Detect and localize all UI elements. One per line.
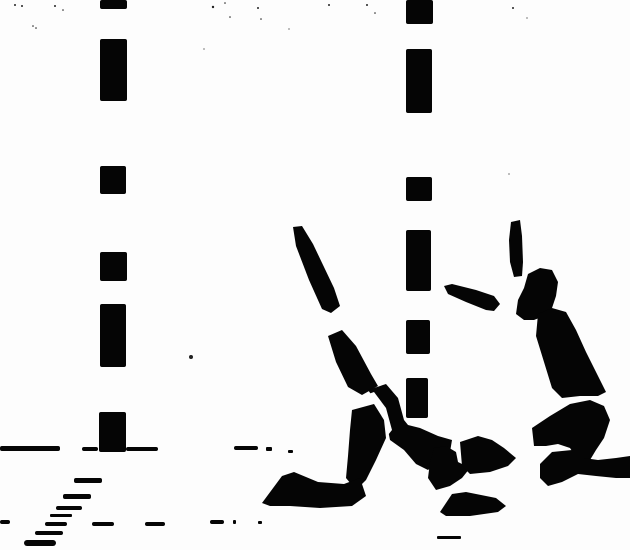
photo-svg (0, 0, 630, 550)
photo-finish-image (0, 0, 630, 550)
